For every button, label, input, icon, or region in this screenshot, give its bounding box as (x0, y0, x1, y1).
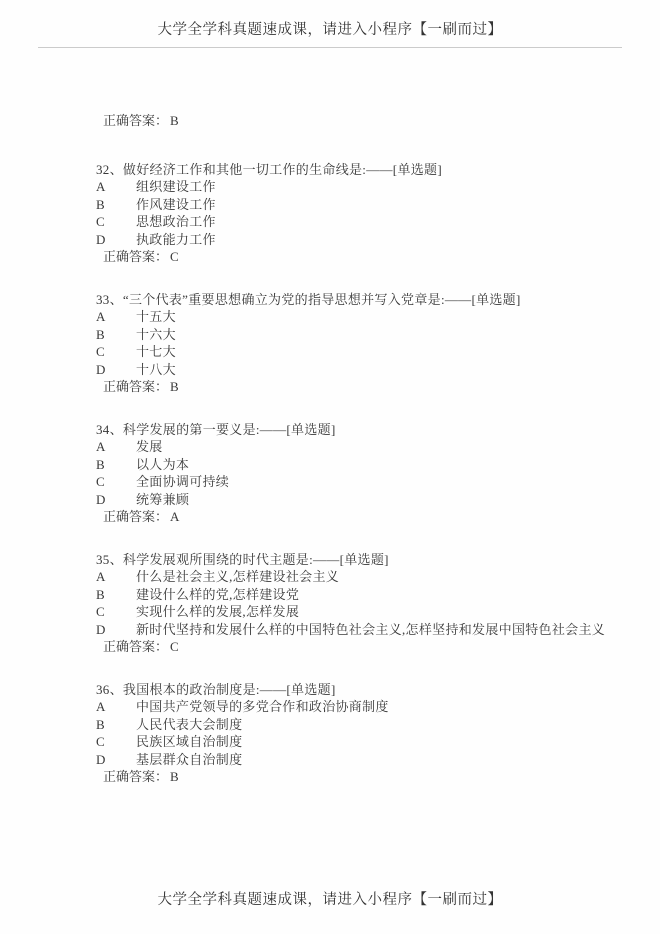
question-block-35: 35、科学发展观所围绕的时代主题是:——[单选题] A什么是社会主义,怎样建设社… (96, 551, 620, 656)
option-row: A什么是社会主义,怎样建设社会主义 (96, 568, 620, 586)
answer-line: 正确答案：C (96, 638, 620, 656)
question-title: 32、做好经济工作和其他一切工作的生命线是:——[单选题] (96, 161, 620, 179)
footer-promo: 大学全学科真题速成课，请进入小程序【一刷而过】 (0, 891, 660, 909)
answer-value: B (170, 113, 179, 128)
option-row: B以人为本 (96, 456, 620, 474)
option-letter: A (96, 438, 136, 456)
option-row: B作风建设工作 (96, 196, 620, 214)
option-text: 十八大 (136, 361, 620, 379)
answer-label: 正确答案： (103, 769, 168, 784)
option-text: 十七大 (136, 343, 620, 361)
option-text: 以人为本 (136, 456, 620, 474)
question-block-34: 34、科学发展的第一要义是:——[单选题] A发展 B以人为本 C全面协调可持续… (96, 421, 620, 526)
answer-line: 正确答案：C (96, 248, 620, 266)
option-text: 十六大 (136, 326, 620, 344)
option-row: D统筹兼顾 (96, 491, 620, 509)
option-text: 执政能力工作 (136, 231, 620, 249)
answer-value: C (170, 639, 179, 654)
option-row: A组织建设工作 (96, 178, 620, 196)
header-divider (38, 47, 622, 48)
option-row: D十八大 (96, 361, 620, 379)
question-title: 36、我国根本的政治制度是:——[单选题] (96, 681, 620, 699)
answer-value: C (170, 249, 179, 264)
option-text: 中国共产党领导的多党合作和政治协商制度 (136, 698, 620, 716)
option-row: D执政能力工作 (96, 231, 620, 249)
question-title: 34、科学发展的第一要义是:——[单选题] (96, 421, 620, 439)
option-letter: B (96, 326, 136, 344)
option-letter: A (96, 568, 136, 586)
answer-value: A (170, 509, 179, 524)
answer-label: 正确答案： (103, 639, 168, 654)
option-text: 全面协调可持续 (136, 473, 620, 491)
header-promo: 大学全学科真题速成课，请进入小程序【一刷而过】 (0, 0, 660, 39)
option-letter: C (96, 343, 136, 361)
option-row: B人民代表大会制度 (96, 716, 620, 734)
option-text: 建设什么样的党,怎样建设党 (136, 586, 620, 604)
option-text: 组织建设工作 (136, 178, 620, 196)
answer-value: B (170, 379, 179, 394)
option-row: A中国共产党领导的多党合作和政治协商制度 (96, 698, 620, 716)
option-letter: B (96, 716, 136, 734)
option-letter: C (96, 733, 136, 751)
question-title: 33、“三个代表”重要思想确立为党的指导思想并写入党章是:——[单选题] (96, 291, 620, 309)
option-row: C民族区域自治制度 (96, 733, 620, 751)
option-row: B十六大 (96, 326, 620, 344)
option-letter: B (96, 196, 136, 214)
option-text: 什么是社会主义,怎样建设社会主义 (136, 568, 620, 586)
option-letter: C (96, 213, 136, 231)
option-text: 人民代表大会制度 (136, 716, 620, 734)
option-letter: D (96, 231, 136, 249)
option-row: A十五大 (96, 308, 620, 326)
answer-line: 正确答案：B (96, 378, 620, 396)
option-row: D基层群众自治制度 (96, 751, 620, 769)
question-block-36: 36、我国根本的政治制度是:——[单选题] A中国共产党领导的多党合作和政治协商… (96, 681, 620, 786)
document-page: 大学全学科真题速成课，请进入小程序【一刷而过】 正确答案：B 32、做好经济工作… (0, 0, 660, 934)
option-text: 统筹兼顾 (136, 491, 620, 509)
option-letter: D (96, 751, 136, 769)
question-block-33: 33、“三个代表”重要思想确立为党的指导思想并写入党章是:——[单选题] A十五… (96, 291, 620, 396)
option-letter: C (96, 473, 136, 491)
answer-label: 正确答案： (103, 113, 168, 128)
option-text: 十五大 (136, 308, 620, 326)
option-letter: C (96, 603, 136, 621)
option-letter: B (96, 456, 136, 474)
option-row: B建设什么样的党,怎样建设党 (96, 586, 620, 604)
option-row: C十七大 (96, 343, 620, 361)
questions-content: 正确答案：B 32、做好经济工作和其他一切工作的生命线是:——[单选题] A组织… (96, 112, 620, 786)
option-letter: A (96, 698, 136, 716)
option-row: C思想政治工作 (96, 213, 620, 231)
option-text: 发展 (136, 438, 620, 456)
answer-label: 正确答案： (103, 379, 168, 394)
option-text: 民族区域自治制度 (136, 733, 620, 751)
option-text: 实现什么样的发展,怎样发展 (136, 603, 620, 621)
option-letter: D (96, 491, 136, 509)
option-row: A发展 (96, 438, 620, 456)
question-block-32: 32、做好经济工作和其他一切工作的生命线是:——[单选题] A组织建设工作 B作… (96, 161, 620, 266)
option-text: 新时代坚持和发展什么样的中国特色社会主义,怎样坚持和发展中国特色社会主义 (136, 621, 620, 639)
answer-line: 正确答案：B (96, 112, 620, 130)
answer-label: 正确答案： (103, 249, 168, 264)
option-row: D新时代坚持和发展什么样的中国特色社会主义,怎样坚持和发展中国特色社会主义 (96, 621, 620, 639)
answer-label: 正确答案： (103, 509, 168, 524)
answer-value: B (170, 769, 179, 784)
option-letter: D (96, 361, 136, 379)
option-letter: B (96, 586, 136, 604)
option-letter: A (96, 178, 136, 196)
option-letter: A (96, 308, 136, 326)
option-row: C全面协调可持续 (96, 473, 620, 491)
answer-line: 正确答案：B (96, 768, 620, 786)
option-text: 作风建设工作 (136, 196, 620, 214)
option-row: C实现什么样的发展,怎样发展 (96, 603, 620, 621)
answer-line: 正确答案：A (96, 508, 620, 526)
question-title: 35、科学发展观所围绕的时代主题是:——[单选题] (96, 551, 620, 569)
option-text: 基层群众自治制度 (136, 751, 620, 769)
option-text: 思想政治工作 (136, 213, 620, 231)
option-letter: D (96, 621, 136, 639)
